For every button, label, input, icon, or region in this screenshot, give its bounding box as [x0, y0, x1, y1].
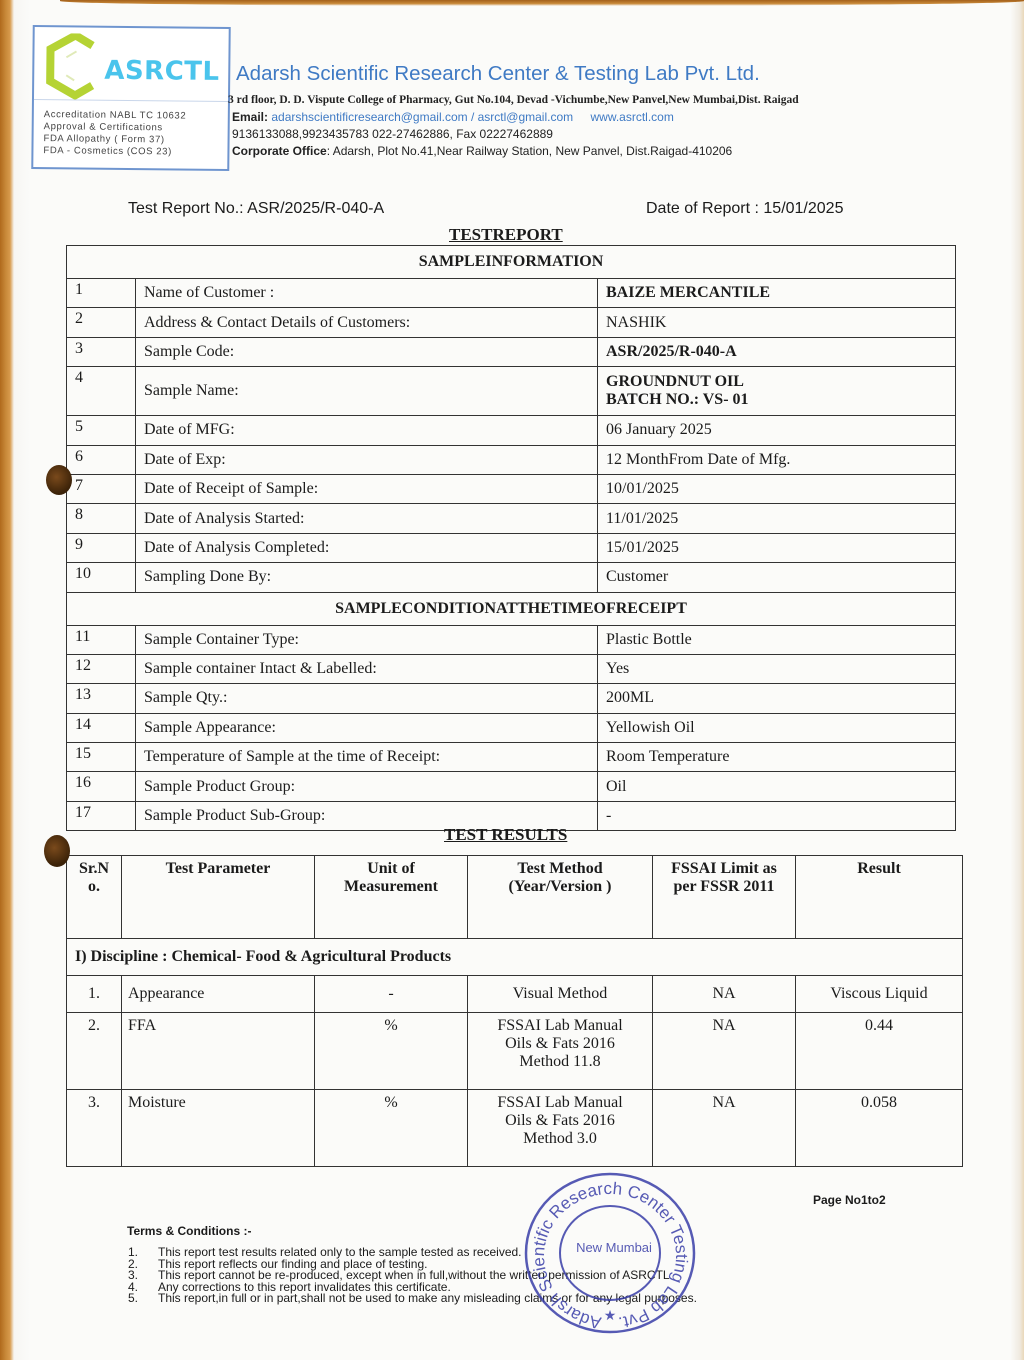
test-results-table: Sr.N o. Test Parameter Unit of Measureme… — [66, 855, 963, 1167]
logo-text: ASRCTL — [104, 56, 220, 87]
result-parameter: FFA — [122, 1013, 315, 1090]
row-label: Name of Customer : — [136, 279, 598, 308]
website-link[interactable]: www.asrctl.com — [591, 110, 674, 124]
row-value: 10/01/2025 — [598, 474, 956, 503]
report-date: Date of Report : 15/01/2025 — [646, 200, 843, 218]
report-number: Test Report No.: ASR/2025/R-040-A — [128, 200, 384, 218]
method-line: Oils & Fats 2016 — [474, 1035, 646, 1053]
result-unit: % — [315, 1090, 468, 1167]
row-value-text: Oil — [606, 778, 947, 796]
row-value: - — [598, 801, 956, 830]
phone-line: 9136133088,9923435783 022-27462886, Fax … — [232, 127, 553, 141]
row-number: 14 — [67, 713, 136, 742]
result-value: Viscous Liquid — [796, 976, 963, 1013]
row-value: Yes — [598, 654, 956, 683]
svg-text:New Mumbai: New Mumbai — [576, 1240, 652, 1255]
email-line: Email: adarshscientificresearch@gmail.co… — [232, 110, 674, 124]
accreditation-list: Accreditation NABL TC 10632 Approval & C… — [43, 109, 186, 158]
table-row: 2.FFA%FSSAI Lab ManualOils & Fats 2016Me… — [67, 1013, 963, 1090]
table-row: 1.Appearance-Visual MethodNAViscous Liqu… — [67, 976, 963, 1013]
result-value: 0.44 — [796, 1013, 963, 1090]
row-value-text: NASHIK — [606, 314, 947, 332]
result-srno: 1. — [67, 976, 122, 1013]
row-number: 7 — [67, 474, 136, 503]
row-number: 5 — [67, 416, 136, 445]
terms-number: 5. — [128, 1293, 158, 1305]
row-number: 1 — [67, 279, 136, 308]
report-title: TESTREPORT — [449, 225, 563, 245]
row-value: Yellowish Oil — [598, 713, 956, 742]
row-number: 2 — [67, 308, 136, 337]
report-date-value: 15/01/2025 — [763, 200, 843, 217]
result-method: Visual Method — [468, 976, 653, 1013]
sample-information-table: SAMPLEINFORMATION 1Name of Customer :BAI… — [66, 245, 956, 831]
result-limit: NA — [653, 976, 796, 1013]
row-value-text: BAIZE MERCANTILE — [606, 284, 947, 302]
punch-hole — [46, 465, 72, 495]
row-value-text: 06 January 2025 — [606, 421, 947, 439]
table-row: 3.Moisture%FSSAI Lab ManualOils & Fats 2… — [67, 1090, 963, 1167]
report-number-value: ASR/2025/R-040-A — [247, 200, 384, 217]
row-label: Date of Receipt of Sample: — [136, 474, 598, 503]
table-row: 2Address & Contact Details of Customers:… — [67, 308, 956, 337]
section-title-sample-condition: SAMPLECONDITIONATTHETIMEOFRECEIPT — [67, 592, 956, 625]
result-unit: - — [315, 976, 468, 1013]
logo: ASRCTL — [34, 27, 229, 102]
result-parameter: Appearance — [122, 976, 315, 1013]
row-number: 4 — [67, 367, 136, 416]
result-limit: NA — [653, 1013, 796, 1090]
table-row: 6Date of Exp:12 MonthFrom Date of Mfg. — [67, 445, 956, 474]
result-srno: 3. — [67, 1090, 122, 1167]
row-value: 15/01/2025 — [598, 533, 956, 562]
row-value-text: 11/01/2025 — [606, 510, 947, 528]
result-unit: % — [315, 1013, 468, 1090]
header-test-parameter: Test Parameter — [122, 856, 315, 939]
header-fssai-limit: FSSAI Limit as per FSSR 2011 — [653, 856, 796, 939]
table-row: 16Sample Product Group:Oil — [67, 772, 956, 801]
result-srno: 2. — [67, 1013, 122, 1090]
table-row: 14Sample Appearance:Yellowish Oil — [67, 713, 956, 742]
row-label: Address & Contact Details of Customers: — [136, 308, 598, 337]
row-value: 200ML — [598, 684, 956, 713]
row-number: 12 — [67, 654, 136, 683]
method-line: Method 3.0 — [474, 1130, 646, 1148]
method-line: Oils & Fats 2016 — [474, 1112, 646, 1130]
row-value: 12 MonthFrom Date of Mfg. — [598, 445, 956, 474]
page-number: Page No1to2 — [813, 1193, 886, 1207]
row-value: GROUNDNUT OILBATCH NO.: VS- 01 — [598, 367, 956, 416]
row-label: Sample Appearance: — [136, 713, 598, 742]
header-unit: Unit of Measurement — [315, 856, 468, 939]
table-row: 10Sampling Done By:Customer — [67, 563, 956, 592]
test-report-page: ASRCTL Accreditation NABL TC 10632 Appro… — [0, 0, 1024, 1360]
row-number: 11 — [67, 625, 136, 654]
logo-block: ASRCTL Accreditation NABL TC 10632 Appro… — [31, 25, 230, 171]
row-label: Sample container Intact & Labelled: — [136, 654, 598, 683]
row-value-text: Yellowish Oil — [606, 719, 947, 737]
report-date-label: Date of Report : — [646, 200, 763, 217]
row-value-text: Room Temperature — [606, 748, 947, 766]
table-row: 5Date of MFG:06 January 2025 — [67, 416, 956, 445]
table-row: 3Sample Code:ASR/2025/R-040-A — [67, 337, 956, 366]
row-label: Sample Product Group: — [136, 772, 598, 801]
test-results-title: TEST RESULTS — [444, 825, 567, 845]
table-row: 11Sample Container Type:Plastic Bottle — [67, 625, 956, 654]
table-row: 15Temperature of Sample at the time of R… — [67, 743, 956, 772]
method-line: Method 11.8 — [474, 1053, 646, 1071]
row-value-text-2: BATCH NO.: VS- 01 — [606, 391, 947, 409]
table-row: 12Sample container Intact & Labelled:Yes — [67, 654, 956, 683]
row-number: 3 — [67, 337, 136, 366]
row-value: ASR/2025/R-040-A — [598, 337, 956, 366]
corporate-label: Corporate Office — [232, 144, 327, 158]
company-name: Adarsh Scientific Research Center & Test… — [236, 62, 760, 86]
row-label: Date of Exp: — [136, 445, 598, 474]
row-value: NASHIK — [598, 308, 956, 337]
corporate-address: : Adarsh, Plot No.41,Near Railway Statio… — [327, 144, 733, 158]
row-value-text: Yes — [606, 660, 947, 678]
row-number: 9 — [67, 533, 136, 562]
table-row: 7Date of Receipt of Sample:10/01/2025 — [67, 474, 956, 503]
row-value: Oil — [598, 772, 956, 801]
row-value-text: 12 MonthFrom Date of Mfg. — [606, 451, 947, 469]
result-limit: NA — [653, 1090, 796, 1167]
row-value: 06 January 2025 — [598, 416, 956, 445]
method-line: FSSAI Lab Manual — [474, 1094, 646, 1112]
row-number: 10 — [67, 563, 136, 592]
row-label: Sample Code: — [136, 337, 598, 366]
company-address: 3 rd floor, D. D. Vispute College of Pha… — [228, 94, 799, 106]
row-value-text: Customer — [606, 568, 947, 586]
row-number: 8 — [67, 504, 136, 533]
row-label: Date of Analysis Started: — [136, 504, 598, 533]
table-row: 8Date of Analysis Started:11/01/2025 — [67, 504, 956, 533]
result-method: FSSAI Lab ManualOils & Fats 2016Method 1… — [468, 1013, 653, 1090]
row-label: Date of Analysis Completed: — [136, 533, 598, 562]
header-result: Result — [796, 856, 963, 939]
row-value-text: ASR/2025/R-040-A — [606, 343, 947, 361]
hexagon-logo-icon — [44, 33, 107, 100]
method-line: FSSAI Lab Manual — [474, 1017, 646, 1035]
row-value: Plastic Bottle — [598, 625, 956, 654]
row-value: Room Temperature — [598, 743, 956, 772]
email-label: Email: — [232, 110, 268, 124]
table-row: 4Sample Name:GROUNDNUT OILBATCH NO.: VS-… — [67, 367, 956, 416]
result-value: 0.058 — [796, 1090, 963, 1167]
row-number: 13 — [67, 684, 136, 713]
row-value: Customer — [598, 563, 956, 592]
lab-stamp-icon: Adarsh Scientific Research Center Testin… — [522, 1170, 698, 1336]
row-value: BAIZE MERCANTILE — [598, 279, 956, 308]
row-label: Sampling Done By: — [136, 563, 598, 592]
row-value-text: Plastic Bottle — [606, 631, 947, 649]
punch-hole — [44, 835, 70, 867]
result-method: FSSAI Lab ManualOils & Fats 2016Method 3… — [468, 1090, 653, 1167]
table-row: 13Sample Qty.:200ML — [67, 684, 956, 713]
row-label: Date of MFG: — [136, 416, 598, 445]
result-parameter: Moisture — [122, 1090, 315, 1167]
email-link[interactable]: adarshscientificresearch@gmail.com / asr… — [271, 110, 573, 124]
terms-title: Terms & Conditions :- — [127, 1224, 251, 1238]
discipline-row: I) Discipline : Chemical- Food & Agricul… — [67, 939, 963, 976]
row-label: Sample Qty.: — [136, 684, 598, 713]
row-number: 17 — [67, 801, 136, 830]
header-srno: Sr.N o. — [67, 856, 122, 939]
row-label: Sample Container Type: — [136, 625, 598, 654]
row-value-text: 10/01/2025 — [606, 480, 947, 498]
row-label: Temperature of Sample at the time of Rec… — [136, 743, 598, 772]
row-number: 15 — [67, 743, 136, 772]
method-line: Visual Method — [474, 985, 646, 1003]
row-value-text: - — [606, 807, 947, 825]
corporate-office-line: Corporate Office: Adarsh, Plot No.41,Nea… — [232, 144, 732, 158]
row-label: Sample Name: — [136, 367, 598, 416]
accreditation-line: FDA - Cosmetics (COS 23) — [43, 145, 186, 158]
header-test-method: Test Method (Year/Version ) — [468, 856, 653, 939]
row-value: 11/01/2025 — [598, 504, 956, 533]
table-row: 1Name of Customer :BAIZE MERCANTILE — [67, 279, 956, 308]
row-number: 16 — [67, 772, 136, 801]
row-value-text: 200ML — [606, 689, 947, 707]
report-number-label: Test Report No.: — [128, 200, 247, 217]
section-title-sample-information: SAMPLEINFORMATION — [67, 246, 956, 279]
table-row: 9Date of Analysis Completed:15/01/2025 — [67, 533, 956, 562]
row-value-text: GROUNDNUT OIL — [606, 373, 947, 391]
row-number: 6 — [67, 445, 136, 474]
row-value-text: 15/01/2025 — [606, 539, 947, 557]
svg-text:★: ★ — [604, 1309, 617, 1324]
